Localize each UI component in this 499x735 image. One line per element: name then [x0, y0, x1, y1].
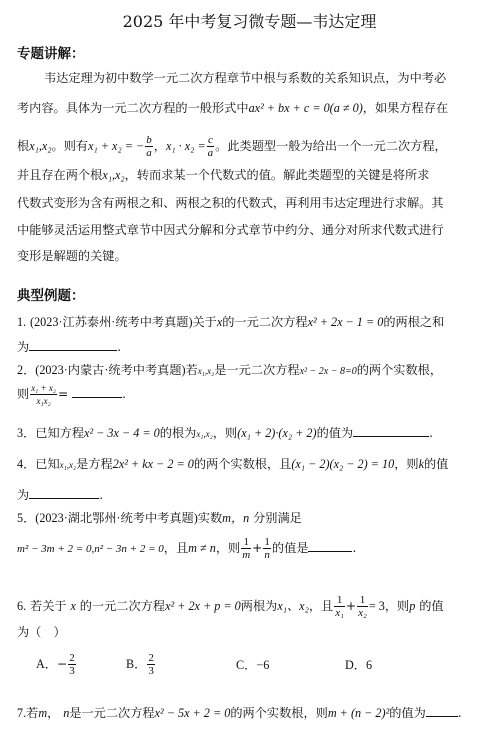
- problem-1: 1. (2023·江苏泰州·统考中考真题)关于x的一元二次方程x² + 2x −…: [17, 314, 444, 330]
- problem-5-line-2: m² − 3m + 2 = 0,n² − 3n + 2 = 0，且m ≠ n，则…: [17, 536, 356, 561]
- intro-line-6: 中能够灵活运用整式章节中因式分解和分式章节中约分、通分对所求代数式进行: [17, 222, 444, 238]
- intro-line-2: 考内容。具体为一元二次方程的一般形式中ax² + bx + c = 0(a ≠ …: [17, 100, 448, 116]
- section-heading-examples: 典型例题：: [17, 284, 85, 304]
- intro-line-4: 并且存在两个根x₁,x₂，转而求某一个代数式的值。解此类题型的关键是将所求: [17, 167, 429, 183]
- problem-6-line-2: 为（ ）: [17, 624, 66, 640]
- intro-line-3: 根x₁,x₂。则有x₁ + x₂ = −ba，x₁ · x₂ =ca。此类题型一…: [17, 134, 447, 159]
- problem-7: 7.若m， n是一元二次方程x² − 5x + 2 = 0的两个实数根，则m +…: [17, 704, 462, 721]
- option-b[interactable]: B．23: [126, 652, 156, 677]
- answer-blank-1[interactable]: [29, 338, 117, 351]
- intro-line-1: 韦达定理为初中数学一元二次方程章节中根与系数的关系知识点，为中考必: [44, 70, 446, 86]
- intro-line-5: 代数式变形为含有两根之和、两根之积的代数式，再利用韦达定理进行求解。其: [17, 195, 444, 211]
- answer-blank-5[interactable]: [308, 539, 352, 552]
- problem-1-line-2: 为.: [17, 338, 121, 355]
- answer-blank-4[interactable]: [29, 486, 99, 499]
- problem-6: 6. 若关于 x 的一元二次方程x² + 2x + p = 0两根为x₁、x₂，…: [17, 594, 444, 619]
- problem-5: 5．(2023·湖北鄂州·统考中考真题)实数m，n 分别满足: [17, 510, 302, 526]
- general-form-formula: ax² + bx + c = 0(a ≠ 0): [249, 101, 363, 115]
- problem-4: 4．已知x₁,x₂是方程2x² + kx − 2 = 0的两个实数根，且(x₁ …: [17, 456, 448, 473]
- section-heading-explanation: 专题讲解：: [17, 42, 85, 62]
- option-c[interactable]: C．−6: [236, 657, 269, 673]
- product-formula: x₁ · x₂ =: [166, 139, 206, 153]
- intro-line-7: 变形是解题的关键。: [17, 248, 127, 264]
- problem-4-line-2: 为.: [17, 486, 103, 503]
- page-title: 2025 年中考复习微专题—韦达定理: [0, 9, 499, 32]
- answer-blank-2[interactable]: [72, 385, 122, 398]
- option-d[interactable]: D．6: [345, 657, 372, 673]
- problem-2: 2．(2023·内蒙古·统考中考真题)若x₁,x₂是一元二次方程x² − 2x …: [17, 362, 442, 380]
- fraction-c-over-a: ca: [207, 134, 215, 159]
- fraction-b-over-a: ba: [145, 134, 153, 159]
- answer-blank-7[interactable]: [426, 704, 458, 717]
- problem-3: 3．已知方程x² − 3x − 4 = 0的根为x₁,x₂，则(x₁ + 2)·…: [17, 424, 433, 442]
- sum-formula: x₁ + x₂ = −: [88, 139, 144, 153]
- problem-2-line-2: 则x₁ + x₂x₁x₂= .: [17, 382, 126, 407]
- option-a[interactable]: A．−23: [36, 652, 77, 677]
- answer-blank-3[interactable]: [353, 424, 429, 437]
